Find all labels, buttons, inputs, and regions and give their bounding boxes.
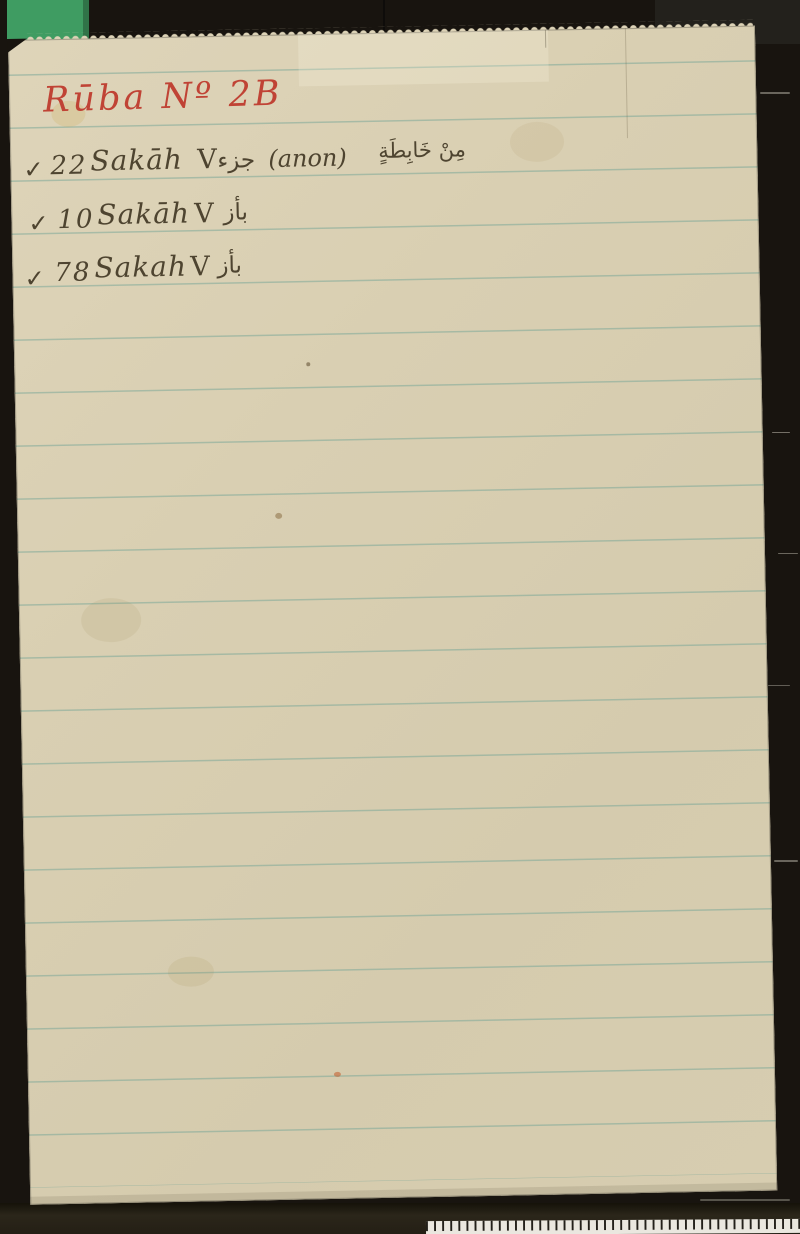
page-heading: Rūba Nº 2B [43,73,284,120]
paper-edge-shade [30,1182,777,1204]
entry-row: ✓ 78 Sakah V بأز [12,239,760,299]
stain [275,513,282,519]
paper-light-patch [298,30,549,87]
entry-title: Sakah [94,250,187,285]
entry-title: Sakāh [90,143,183,178]
entry-number: 10 [57,204,95,235]
entry-volume: V [194,198,214,229]
scan-streak [778,553,798,554]
torn-corner [7,39,27,53]
scan-streak [768,685,790,686]
checkmark: ✓ [28,209,49,237]
entry-volume: V [190,251,210,282]
entry-row: ✓ 10 Sakāh V بأز [11,186,759,246]
ruler-scale [426,1219,800,1234]
entry-arabic-word: بأز [217,253,242,279]
entry-annotation: (anon) [268,144,347,174]
stain [168,956,215,987]
scan-streak [772,432,790,433]
checkmark: ✓ [23,155,44,183]
entry-title: Sakāh [97,197,190,232]
scanned-notebook-page: { "header": { "text": "Rūba Nº 2B" }, "e… [0,0,800,1234]
scan-streak [700,1199,790,1201]
scan-streak [760,92,790,94]
entry-volume: V [197,144,217,175]
note-paper: Rūba Nº 2B ✓ 22 Sakāh V جزء (anon) مِنْ … [8,26,777,1205]
paper-seam [625,28,628,138]
stain [334,1072,341,1077]
entry-number: 78 [54,257,92,288]
checkmark: ✓ [24,264,45,292]
entry-arabic-word: جزء [217,147,255,174]
stain [306,362,310,366]
entry-number: 22 [50,150,88,181]
scan-streak [774,860,798,862]
entry-row: ✓ 22 Sakāh V جزء (anon) مِنْ خَابِطَةٍ [10,132,758,192]
stain [81,598,142,643]
entry-arabic-phrase: مِنْ خَابِطَةٍ [378,137,466,163]
entry-arabic-word: بأز [223,199,248,225]
